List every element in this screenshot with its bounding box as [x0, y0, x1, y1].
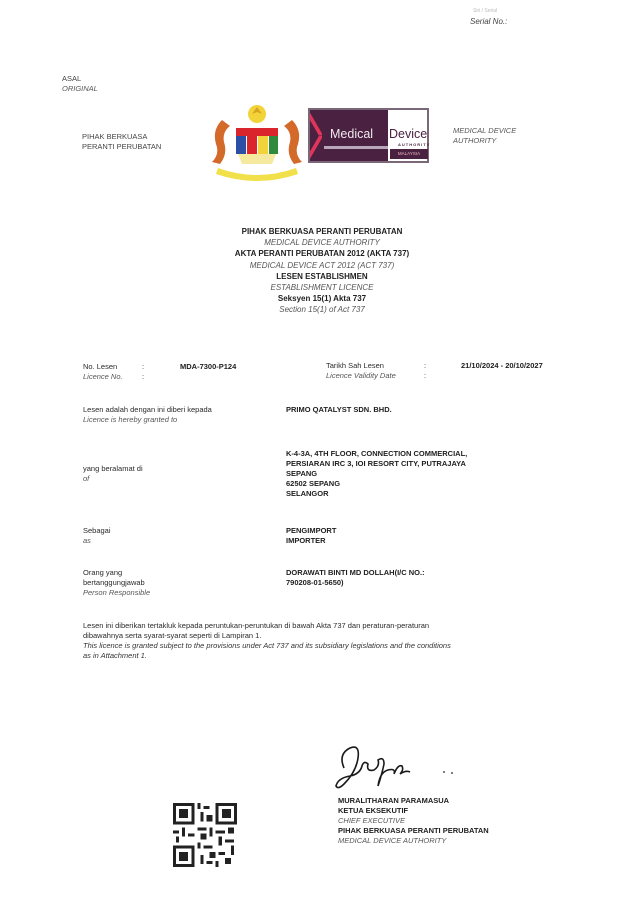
address-value: K-4-3A, 4TH FLOOR, CONNECTION COMMERCIAL…: [286, 449, 467, 499]
signatory-title-ms: KETUA EKSEKUTIF: [338, 806, 489, 816]
signatory-org-en: MEDICAL DEVICE AUTHORITY: [338, 836, 489, 846]
title-act-ms: AKTA PERANTI PERUBATAN 2012 (AKTA 737): [0, 248, 644, 259]
validity-colon: : :: [424, 361, 426, 381]
licence-no-ms: No. Lesen: [83, 362, 123, 372]
validity-label: Tarikh Sah Lesen Licence Validity Date: [326, 361, 396, 381]
address-label: yang beralamat di of: [83, 464, 143, 484]
title-licence-en: ESTABLISHMENT LICENCE: [0, 282, 644, 293]
as-ms: Sebagai: [83, 526, 111, 536]
malaysia-coat-of-arms-icon: [208, 100, 306, 185]
signatory-org-ms: PIHAK BERKUASA PERANTI PERUBATAN: [338, 826, 489, 836]
title-section-ms: Seksyen 15(1) Akta 737: [0, 293, 644, 304]
validity-ms: Tarikh Sah Lesen: [326, 361, 396, 371]
title-act-en: MEDICAL DEVICE ACT 2012 (ACT 737): [0, 260, 644, 271]
licensee-name: PRIMO QATALYST SDN. BHD.: [286, 405, 392, 415]
address-line: PERSIARAN IRC 3, IOI RESORT CITY, PUTRAJ…: [286, 459, 467, 469]
category-en: IMPORTER: [286, 536, 336, 546]
person-value-line1: DORAWATI BINTI MD DOLLAH(I/C NO.:: [286, 568, 425, 578]
licence-conditions: Lesen ini diberikan tertakluk kepada per…: [83, 621, 603, 661]
address-en: of: [83, 474, 143, 484]
as-label: Sebagai as: [83, 526, 111, 546]
conditions-en-line2: as in Attachment 1.: [83, 651, 603, 661]
granted-to-label: Lesen adalah dengan ini diberi kepada Li…: [83, 405, 212, 425]
signatory-title-en: CHIEF EXECUTIVE: [338, 816, 489, 826]
serial-caption: Siri / Serial: [473, 8, 497, 14]
person-value-line2: 790208-01-5650): [286, 578, 425, 588]
person-ms-line1: Orang yang: [83, 568, 150, 578]
address-line: SELANGOR: [286, 489, 467, 499]
person-ms-line2: bertanggungjawab: [83, 578, 150, 588]
licence-category: PENGIMPORT IMPORTER: [286, 526, 336, 546]
conditions-en-line1: This licence is granted subject to the p…: [83, 641, 603, 651]
original-label: ASAL ORIGINAL: [62, 74, 98, 94]
original-ms: ASAL: [62, 74, 98, 84]
logo-word-device: Device: [389, 127, 427, 141]
colon: :: [424, 371, 426, 381]
colon: :: [142, 362, 144, 372]
serial-number-label: Serial No.:: [470, 17, 507, 26]
title-section-en: Section 15(1) of Act 737: [0, 304, 644, 315]
logo-word-medical: Medical: [330, 127, 373, 141]
licence-no-colon: : :: [142, 362, 144, 382]
title-authority-ms: PIHAK BERKUASA PERANTI PERUBATAN: [0, 226, 644, 237]
as-en: as: [83, 536, 111, 546]
licence-no-value: MDA-7300-P124: [180, 362, 236, 372]
address-line: SEPANG: [286, 469, 467, 479]
address-line: 62502 SEPANG: [286, 479, 467, 489]
address-ms: yang beralamat di: [83, 464, 143, 474]
authority-name-ms: PIHAK BERKUASA PERANTI PERUBATAN: [82, 132, 161, 152]
granted-ms: Lesen adalah dengan ini diberi kepada: [83, 405, 212, 415]
licence-no-label: No. Lesen Licence No.: [83, 362, 123, 382]
title-licence-ms: LESEN ESTABLISHMEN: [0, 271, 644, 282]
authority-ms-line2: PERANTI PERUBATAN: [82, 142, 161, 152]
logo-authority: AUTHORITY: [398, 142, 430, 147]
mda-logo: Medical Device AUTHORITY MALAYSIA: [308, 108, 429, 163]
title-authority-en: MEDICAL DEVICE AUTHORITY: [0, 237, 644, 248]
person-en: Person Responsible: [83, 588, 150, 598]
colon: :: [142, 372, 144, 382]
logo-country: MALAYSIA: [390, 149, 428, 159]
signature-icon: [330, 738, 470, 798]
validity-en: Licence Validity Date: [326, 371, 396, 381]
address-line: K-4-3A, 4TH FLOOR, CONNECTION COMMERCIAL…: [286, 449, 467, 459]
original-en: ORIGINAL: [62, 84, 98, 94]
qr-code-icon[interactable]: [173, 803, 237, 867]
category-ms: PENGIMPORT: [286, 526, 336, 536]
granted-en: Licence is hereby granted to: [83, 415, 212, 425]
authority-en-line2: AUTHORITY: [453, 136, 516, 146]
validity-value: 21/10/2024 - 20/10/2027: [461, 361, 543, 371]
conditions-ms-line1: Lesen ini diberikan tertakluk kepada per…: [83, 621, 603, 631]
signatory-name: MURALITHARAN PARAMASUA: [338, 796, 489, 806]
signatory-block: MURALITHARAN PARAMASUA KETUA EKSEKUTIF C…: [338, 796, 489, 846]
authority-en-line1: MEDICAL DEVICE: [453, 126, 516, 136]
conditions-ms-line2: dibawahnya serta syarat-syarat seperti d…: [83, 631, 603, 641]
licence-no-en: Licence No.: [83, 372, 123, 382]
authority-ms-line1: PIHAK BERKUASA: [82, 132, 161, 142]
person-responsible-value: DORAWATI BINTI MD DOLLAH(I/C NO.: 790208…: [286, 568, 425, 588]
colon: :: [424, 361, 426, 371]
person-responsible-label: Orang yang bertanggungjawab Person Respo…: [83, 568, 150, 598]
licence-title-block: PIHAK BERKUASA PERANTI PERUBATAN MEDICAL…: [0, 226, 644, 316]
authority-name-en: MEDICAL DEVICE AUTHORITY: [453, 126, 516, 146]
